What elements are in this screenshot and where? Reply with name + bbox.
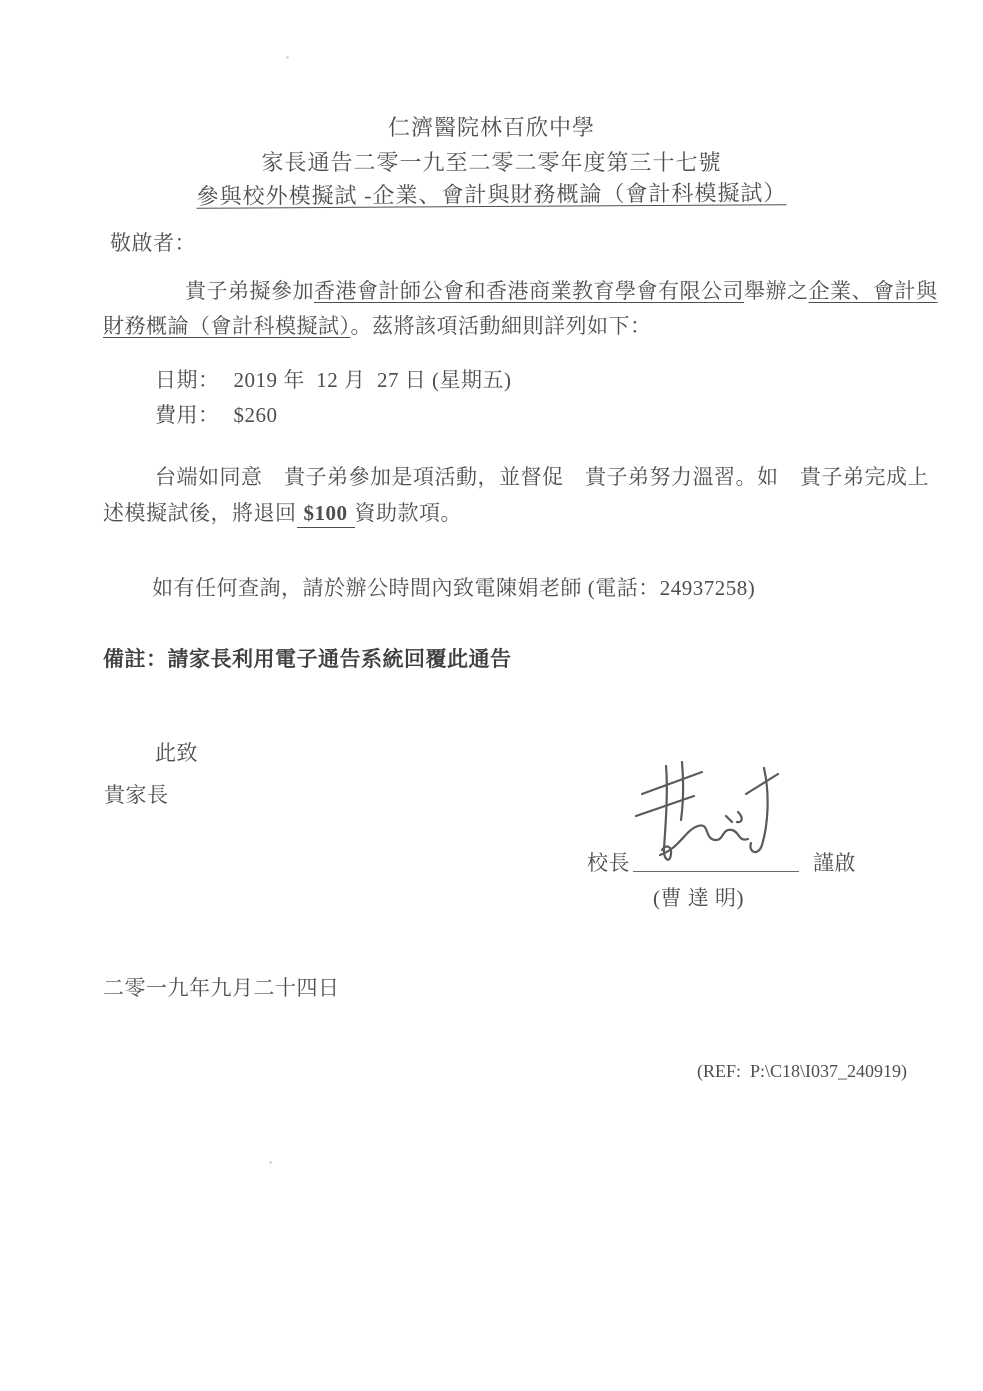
signature-stroke: [660, 825, 748, 855]
refund-amount-underlined: $100: [297, 501, 355, 528]
inquiry-line: 如有任何查詢，請於辦公時間內致電陳娟老師 (電話：24937258): [152, 573, 755, 603]
signature-stroke: [681, 762, 683, 820]
p2-text: 資助款項。: [355, 501, 463, 525]
signature-suffix: 謹啟: [813, 848, 856, 878]
school-name: 仁濟醫院林百欣中學: [0, 111, 983, 142]
signature-stroke: [750, 768, 767, 852]
closing-dear-parent: 貴家長: [104, 780, 169, 810]
p2-text: 述模擬試後，將退回: [103, 501, 297, 525]
detail-fee-row: 費用：$260: [155, 400, 278, 430]
signature-stroke: [737, 812, 742, 822]
notice-number-line: 家長通告二零一九至二零二零年度第三十七號: [0, 146, 983, 177]
fee-label: 費用：: [155, 403, 220, 427]
signature-stroke: [726, 816, 732, 822]
notice-subject-line: 參與校外模擬試 -企業、會計與財務概論（會計科模擬試）: [0, 175, 983, 212]
signature-stroke: [642, 772, 702, 794]
paragraph1-line1: 貴子弟擬參加香港會計師公會和香港商業教育學會有限公司舉辦之企業、會計與: [185, 276, 938, 306]
signature-stroke: [746, 774, 778, 794]
exam-name-underlined: 企業、會計與: [809, 279, 938, 303]
p1-text: 舉辦之: [744, 279, 809, 303]
signature-stroke: [662, 766, 671, 860]
paragraph2-line1: 台端如同意 貴子弟參加是項活動，並督促 貴子弟努力溫習。如 貴子弟完成上: [155, 462, 929, 492]
date-value: 2019 年 12 月 27 日 (星期五): [220, 368, 512, 392]
salutation: 敬啟者：: [110, 228, 196, 258]
issue-date: 二零一九年九月二十四日: [103, 973, 340, 1003]
scanned-notice-page: 仁濟醫院林百欣中學 家長通告二零一九至二零二零年度第三十七號 參與校外模擬試 -…: [0, 0, 983, 1391]
date-label: 日期：: [155, 368, 220, 392]
detail-date-row: 日期：2019 年 12 月 27 日 (星期五): [155, 365, 512, 395]
p1-text: 貴子弟擬參加: [185, 279, 314, 303]
principal-name: (曹 達 明): [653, 883, 744, 913]
scan-speck: [269, 1161, 272, 1164]
remark-line: 備註：請家長利用電子通告系統回覆此通告: [103, 644, 512, 674]
principal-role-label: 校長: [587, 848, 630, 878]
principal-signature: [630, 760, 790, 875]
fee-value: $260: [220, 403, 278, 427]
paragraph2-line2: 述模擬試後，將退回$100資助款項。: [103, 498, 462, 528]
closing-cizhi: 此致: [155, 738, 198, 768]
reference-number: (REF: P:\C18\I037_240919): [697, 1061, 907, 1082]
signature-line: [633, 870, 799, 872]
exam-name-underlined: 財務概論（會計科模擬試）: [103, 314, 351, 338]
paragraph1-line2: 財務概論（會計科模擬試）。茲將該項活動細則詳列如下：: [103, 311, 652, 341]
p1-text: 。茲將該項活動細則詳列如下：: [351, 314, 652, 338]
organizer-names-underlined: 香港會計師公會和香港商業教育學會有限公司: [314, 279, 744, 303]
scan-speck: [286, 56, 289, 59]
